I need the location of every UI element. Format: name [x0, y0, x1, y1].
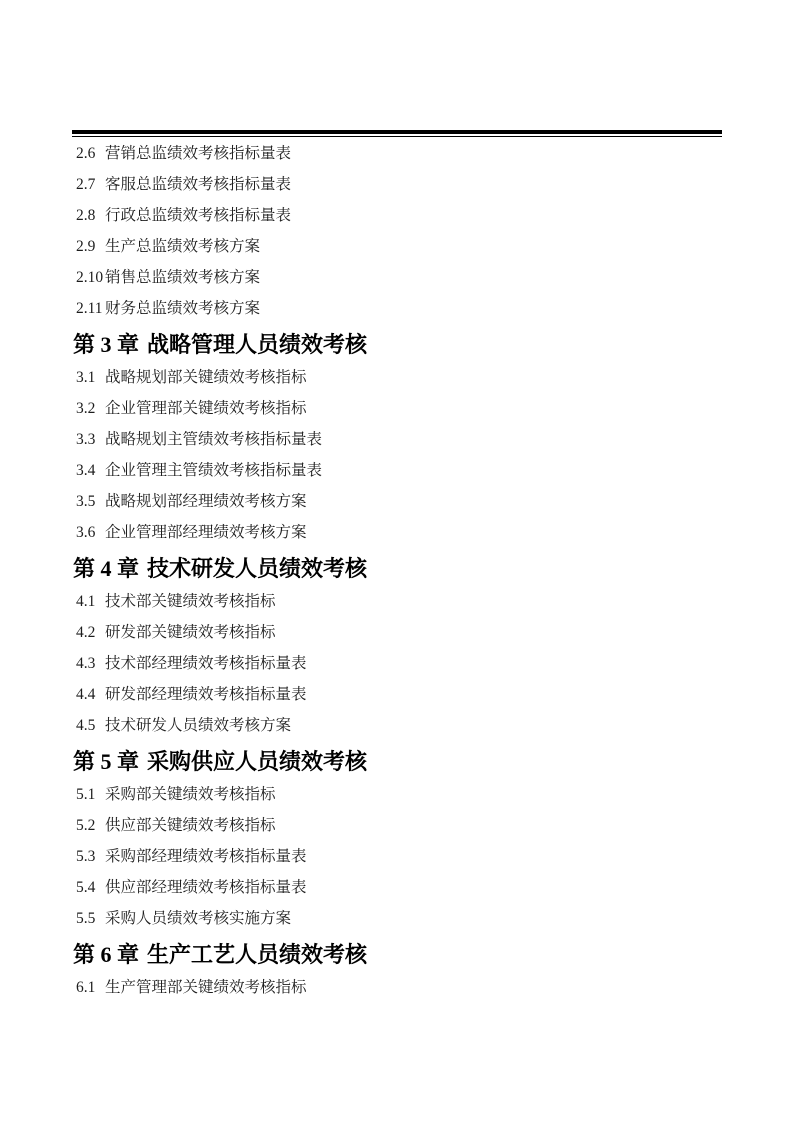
chapter-number: 第 3 章 — [73, 332, 139, 357]
toc-entry-title: 研发部关键绩效考核指标 — [105, 625, 276, 641]
toc-entry: 4.5 技术研发人员绩效考核方案 — [72, 718, 722, 734]
toc-section-chapter3: 第 3 章战略管理人员绩效考核 3.1 战略规划部关键绩效考核指标 3.2 企业… — [72, 332, 722, 541]
toc-entry-number: 6.1 — [76, 980, 105, 996]
chapter-number: 第 5 章 — [73, 749, 139, 774]
toc-section-chapter4: 第 4 章技术研发人员绩效考核 4.1 技术部关键绩效考核指标 4.2 研发部关… — [72, 556, 722, 734]
toc-entry-title: 生产管理部关键绩效考核指标 — [105, 980, 307, 996]
toc-entry-title: 技术研发人员绩效考核方案 — [105, 718, 291, 734]
toc-entry-number: 2.9 — [76, 239, 105, 255]
toc-entry: 5.2 供应部关键绩效考核指标 — [72, 818, 722, 834]
toc-entry-title: 采购部关键绩效考核指标 — [105, 787, 276, 803]
chapter-title: 战略管理人员绩效考核 — [147, 332, 367, 357]
toc-entry: 2.9 生产总监绩效考核方案 — [72, 239, 722, 255]
toc-entry: 3.2 企业管理部关键绩效考核指标 — [72, 401, 722, 417]
toc-entry: 2.7 客服总监绩效考核指标量表 — [72, 177, 722, 193]
toc-entry-number: 5.4 — [76, 880, 105, 896]
toc-entry-title: 生产总监绩效考核方案 — [105, 239, 260, 255]
toc-entry-title: 财务总监绩效考核方案 — [105, 301, 260, 317]
toc-entry: 4.1 技术部关键绩效考核指标 — [72, 594, 722, 610]
toc-entry-number: 2.10 — [76, 270, 105, 286]
toc-section-chapter5: 第 5 章采购供应人员绩效考核 5.1 采购部关键绩效考核指标 5.2 供应部关… — [72, 749, 722, 927]
toc-entry-number: 4.1 — [76, 594, 105, 610]
toc-entry-number: 3.2 — [76, 401, 105, 417]
document-page: 2.6 营销总监绩效考核指标量表 2.7 客服总监绩效考核指标量表 2.8 行政… — [0, 0, 793, 1122]
toc-entry-number: 2.11 — [76, 301, 105, 317]
toc-entry: 4.3 技术部经理绩效考核指标量表 — [72, 656, 722, 672]
chapter-title: 生产工艺人员绩效考核 — [147, 942, 367, 967]
toc-section-chapter6: 第 6 章生产工艺人员绩效考核 6.1 生产管理部关键绩效考核指标 — [72, 942, 722, 996]
toc-entry-title: 研发部经理绩效考核指标量表 — [105, 687, 307, 703]
chapter-heading: 第 4 章技术研发人员绩效考核 — [72, 556, 722, 582]
toc-entry: 4.4 研发部经理绩效考核指标量表 — [72, 687, 722, 703]
toc-section-chapter2-tail: 2.6 营销总监绩效考核指标量表 2.7 客服总监绩效考核指标量表 2.8 行政… — [72, 146, 722, 317]
toc-entry-number: 3.6 — [76, 525, 105, 541]
toc-entry: 4.2 研发部关键绩效考核指标 — [72, 625, 722, 641]
toc-entry-number: 5.5 — [76, 911, 105, 927]
toc-entry-title: 企业管理主管绩效考核指标量表 — [105, 463, 322, 479]
toc-entry-title: 销售总监绩效考核方案 — [105, 270, 260, 286]
toc-entry: 2.11 财务总监绩效考核方案 — [72, 301, 722, 317]
chapter-title: 技术研发人员绩效考核 — [147, 556, 367, 581]
toc-entry: 3.1 战略规划部关键绩效考核指标 — [72, 370, 722, 386]
toc-entry-number: 3.3 — [76, 432, 105, 448]
chapter-number: 第 4 章 — [73, 556, 139, 581]
toc-entry: 3.4 企业管理主管绩效考核指标量表 — [72, 463, 722, 479]
toc-entry: 2.10 销售总监绩效考核方案 — [72, 270, 722, 286]
toc-entry-title: 技术部关键绩效考核指标 — [105, 594, 276, 610]
toc-entry: 5.5 采购人员绩效考核实施方案 — [72, 911, 722, 927]
toc-entry-title: 营销总监绩效考核指标量表 — [105, 146, 291, 162]
chapter-heading: 第 5 章采购供应人员绩效考核 — [72, 749, 722, 775]
toc-entry-number: 4.2 — [76, 625, 105, 641]
chapter-heading: 第 3 章战略管理人员绩效考核 — [72, 332, 722, 358]
chapter-number: 第 6 章 — [73, 942, 139, 967]
toc-entry-title: 客服总监绩效考核指标量表 — [105, 177, 291, 193]
header-rule — [72, 130, 722, 137]
toc-entry: 3.3 战略规划主管绩效考核指标量表 — [72, 432, 722, 448]
toc-entry-number: 5.3 — [76, 849, 105, 865]
page-content: 2.6 营销总监绩效考核指标量表 2.7 客服总监绩效考核指标量表 2.8 行政… — [72, 130, 722, 1011]
toc-entry-title: 采购部经理绩效考核指标量表 — [105, 849, 307, 865]
toc-entry-number: 4.3 — [76, 656, 105, 672]
toc-entry: 2.8 行政总监绩效考核指标量表 — [72, 208, 722, 224]
toc-entry: 3.5 战略规划部经理绩效考核方案 — [72, 494, 722, 510]
toc-entry-number: 4.4 — [76, 687, 105, 703]
toc-entry: 3.6 企业管理部经理绩效考核方案 — [72, 525, 722, 541]
chapter-title: 采购供应人员绩效考核 — [147, 749, 367, 774]
toc-entry-title: 战略规划部关键绩效考核指标 — [105, 370, 307, 386]
toc-entry-title: 企业管理部经理绩效考核方案 — [105, 525, 307, 541]
chapter-heading: 第 6 章生产工艺人员绩效考核 — [72, 942, 722, 968]
toc-entry-title: 战略规划部经理绩效考核方案 — [105, 494, 307, 510]
toc-entry-title: 供应部经理绩效考核指标量表 — [105, 880, 307, 896]
toc-entry: 5.3 采购部经理绩效考核指标量表 — [72, 849, 722, 865]
toc-entry-number: 4.5 — [76, 718, 105, 734]
toc-entry: 5.4 供应部经理绩效考核指标量表 — [72, 880, 722, 896]
toc-entry-title: 行政总监绩效考核指标量表 — [105, 208, 291, 224]
toc-entry: 2.6 营销总监绩效考核指标量表 — [72, 146, 722, 162]
toc-entry-number: 5.2 — [76, 818, 105, 834]
toc-entry-title: 采购人员绩效考核实施方案 — [105, 911, 291, 927]
toc-entry-number: 2.6 — [76, 146, 105, 162]
toc-entry-number: 3.1 — [76, 370, 105, 386]
toc-entry-title: 企业管理部关键绩效考核指标 — [105, 401, 307, 417]
toc-entry-number: 3.4 — [76, 463, 105, 479]
toc-entry-number: 5.1 — [76, 787, 105, 803]
toc-entry: 6.1 生产管理部关键绩效考核指标 — [72, 980, 722, 996]
toc-entry-number: 2.8 — [76, 208, 105, 224]
toc-entry-title: 供应部关键绩效考核指标 — [105, 818, 276, 834]
toc-entry-title: 技术部经理绩效考核指标量表 — [105, 656, 307, 672]
toc-entry-number: 3.5 — [76, 494, 105, 510]
toc-entry-title: 战略规划主管绩效考核指标量表 — [105, 432, 322, 448]
toc-entry-number: 2.7 — [76, 177, 105, 193]
toc-entry: 5.1 采购部关键绩效考核指标 — [72, 787, 722, 803]
